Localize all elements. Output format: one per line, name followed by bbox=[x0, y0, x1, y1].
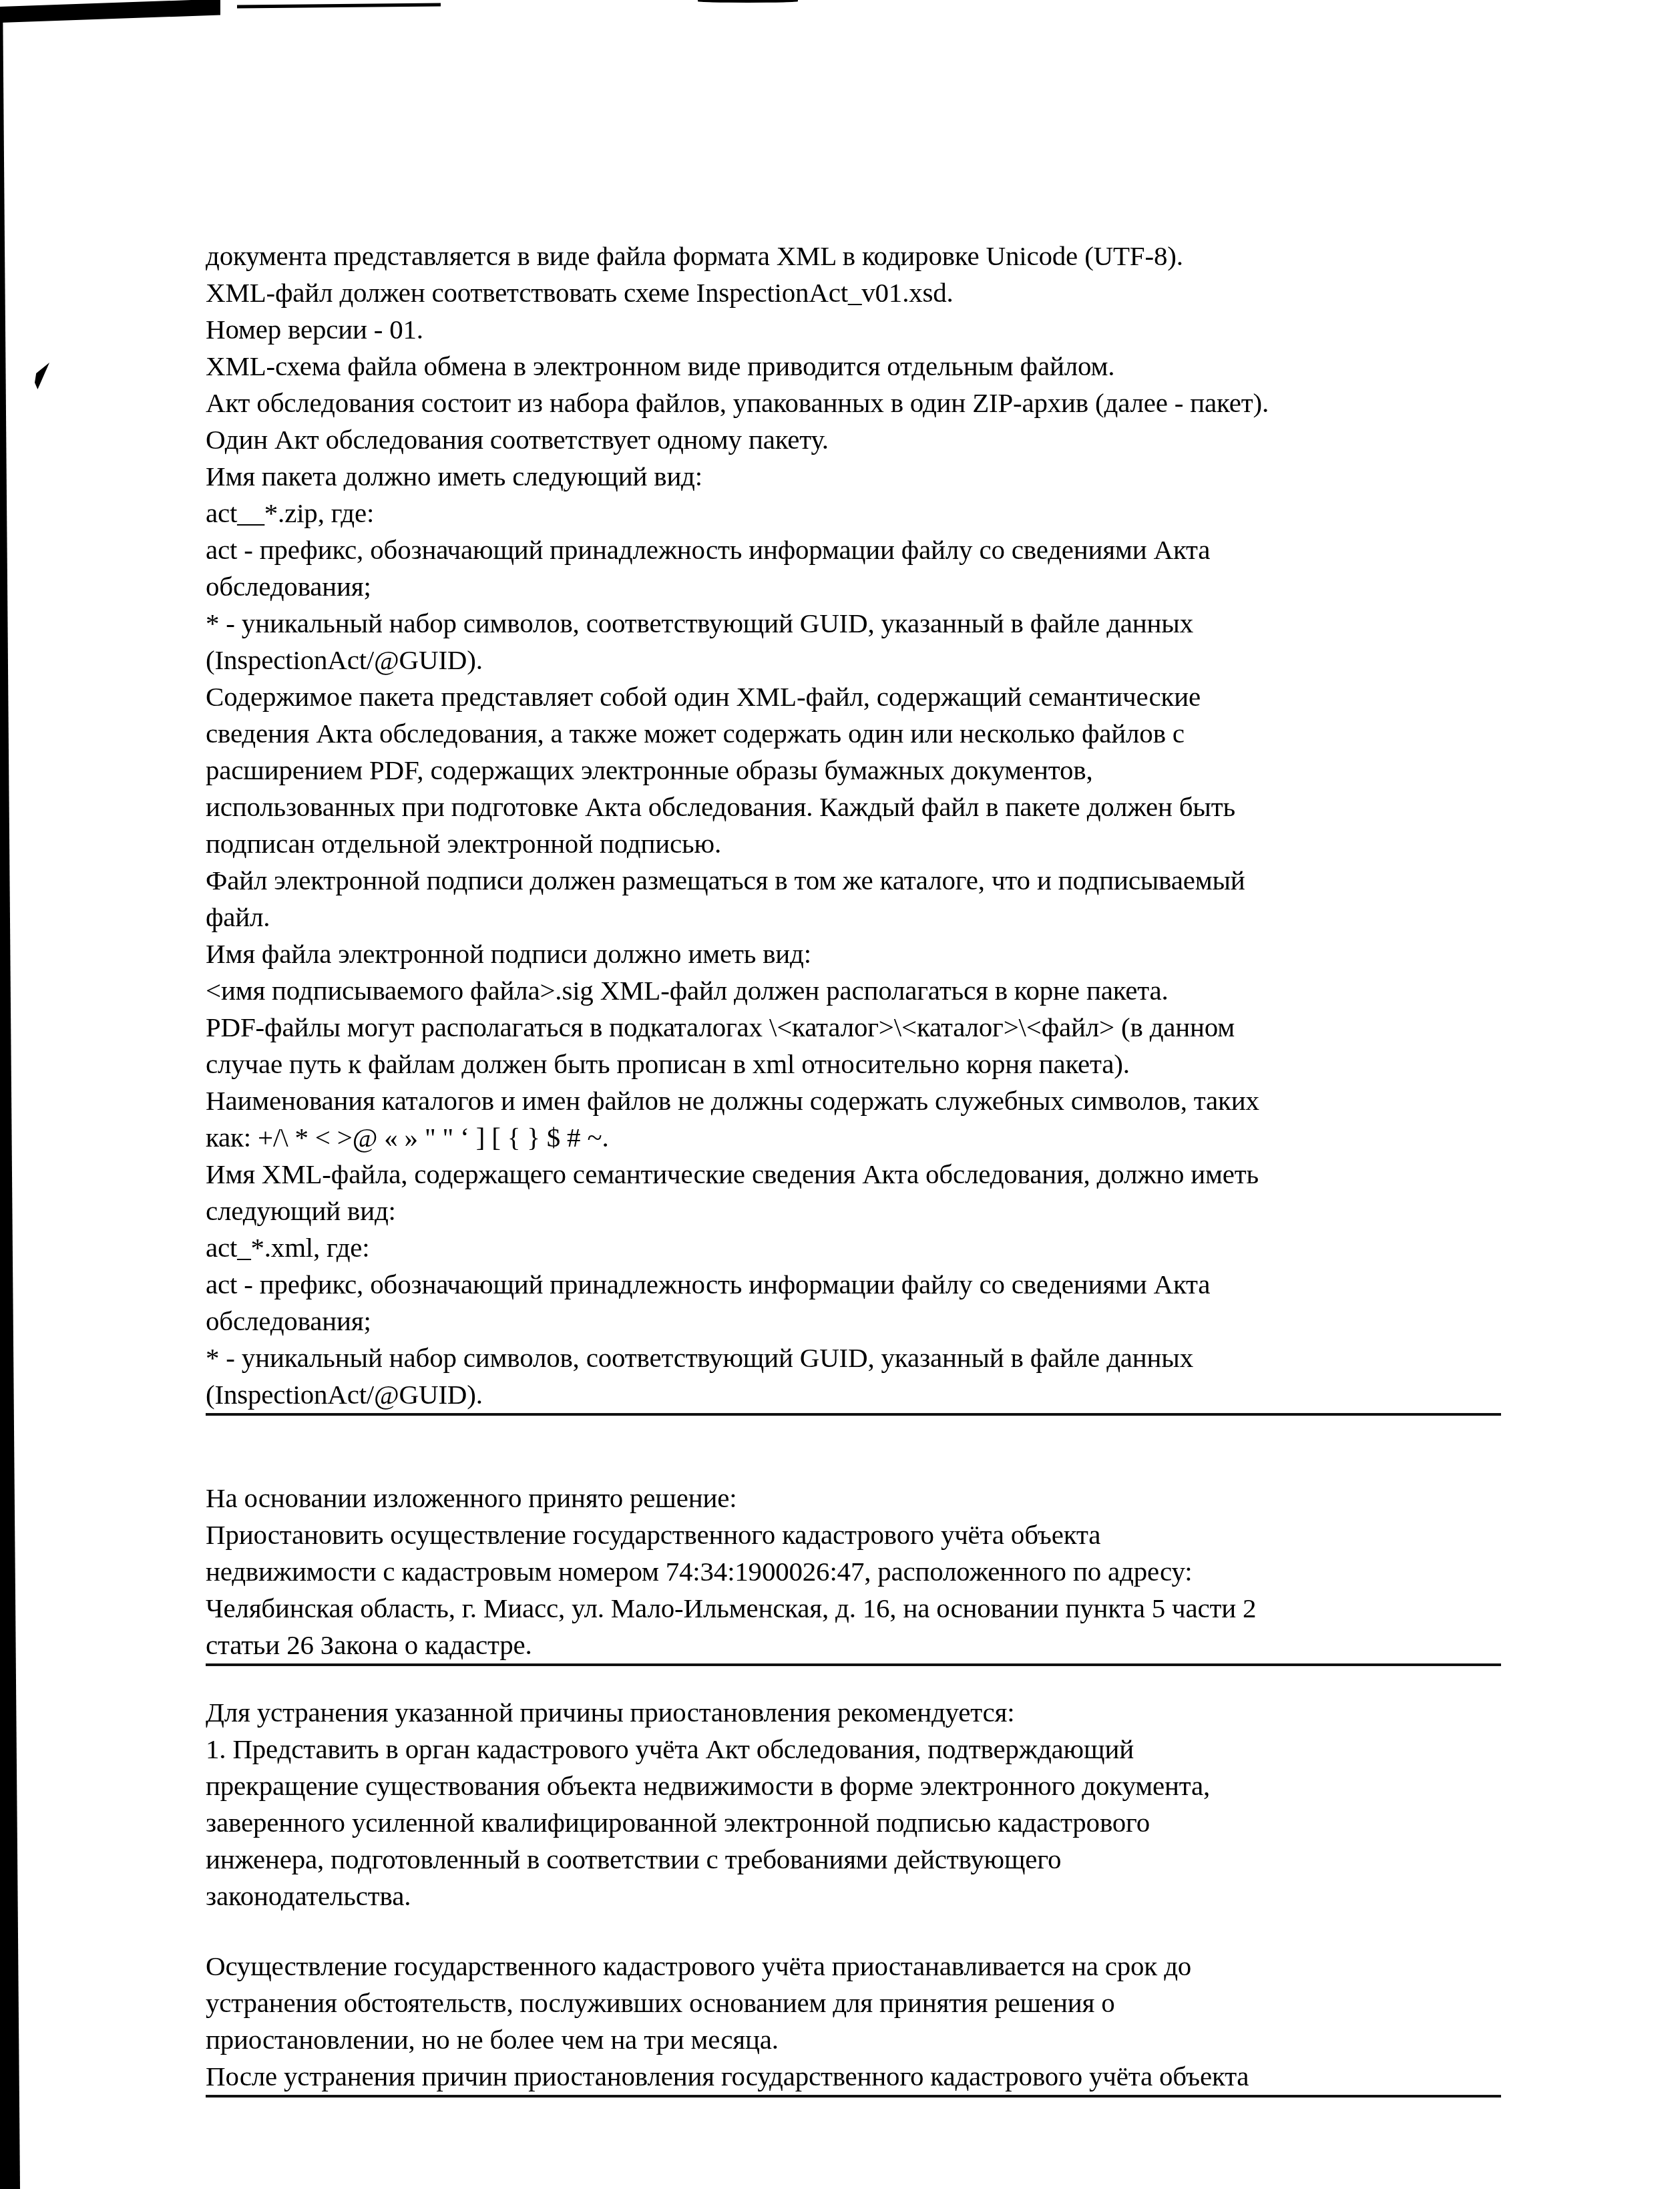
text-line: * - уникальный набор символов, соответст… bbox=[206, 1340, 1504, 1376]
text-line: Имя пакета должно иметь следующий вид: bbox=[206, 458, 1504, 495]
text-line: Содержимое пакета представляет собой оди… bbox=[206, 678, 1504, 715]
section-divider bbox=[206, 1663, 1501, 1666]
text-line: недвижимости с кадастровым номером 74:34… bbox=[206, 1553, 1504, 1590]
text-line: XML-схема файла обмена в электронном вид… bbox=[206, 348, 1504, 385]
text-line: act_*.xml, где: bbox=[206, 1229, 1504, 1266]
text-line: * - уникальный набор символов, соответст… bbox=[206, 605, 1504, 642]
text-line: файл. bbox=[206, 899, 1504, 936]
text-line: устранения обстоятельств, послуживших ос… bbox=[206, 1985, 1504, 2021]
text-line: act - префикс, обозначающий принадлежнос… bbox=[206, 1266, 1504, 1303]
text-line: XML-файл должен соответствовать схеме In… bbox=[206, 274, 1504, 311]
scan-artifact-margin-mark bbox=[35, 363, 49, 389]
text-line: act__*.zip, где: bbox=[206, 495, 1504, 532]
text-line: act - префикс, обозначающий принадлежнос… bbox=[206, 532, 1504, 568]
text-line: обследования; bbox=[206, 1303, 1504, 1340]
text-line: Файл электронной подписи должен размещат… bbox=[206, 862, 1504, 899]
text-line: После устранения причин приостановления … bbox=[206, 2058, 1504, 2095]
section-divider bbox=[206, 2095, 1501, 2098]
text-line: (InspectionAct/@GUID). bbox=[206, 642, 1504, 678]
text-line: Акт обследования состоит из набора файло… bbox=[206, 385, 1504, 421]
text-line: случае путь к файлам должен быть прописа… bbox=[206, 1046, 1504, 1082]
scan-artifact-top-line bbox=[237, 3, 441, 8]
text-line: Один Акт обследования соответствует одно… bbox=[206, 421, 1504, 458]
scan-artifact-top-mark bbox=[698, 0, 798, 3]
text-line: подписан отдельной электронной подписью. bbox=[206, 825, 1504, 862]
text-line: статьи 26 Закона о кадастре. bbox=[206, 1627, 1504, 1663]
text-line: расширением PDF, содержащих электронные … bbox=[206, 752, 1504, 789]
document-page: документа представляется в виде файла фо… bbox=[206, 238, 1504, 2098]
text-line: PDF-файлы могут располагаться в подкатал… bbox=[206, 1009, 1504, 1046]
text-line: Имя файла электронной подписи должно име… bbox=[206, 936, 1504, 972]
text-line: законодательства. bbox=[206, 1878, 1504, 1915]
text-line: Номер версии - 01. bbox=[206, 311, 1504, 348]
text-line: Приостановить осуществление государствен… bbox=[206, 1517, 1504, 1553]
text-line: использованных при подготовке Акта обсле… bbox=[206, 789, 1504, 825]
section-term: Осуществление государственного кадастров… bbox=[206, 1948, 1504, 2095]
text-line: как: +/\ * < >@ « » " " ‘ ] [ { } $ # ~. bbox=[206, 1119, 1504, 1156]
text-line: Имя XML-файла, содержащего семантические… bbox=[206, 1156, 1504, 1193]
text-line: документа представляется в виде файла фо… bbox=[206, 238, 1504, 274]
text-line: заверенного усиленной квалифицированной … bbox=[206, 1804, 1504, 1841]
scan-artifact-top-bar bbox=[0, 0, 220, 23]
text-line: На основании изложенного принято решение… bbox=[206, 1480, 1504, 1517]
text-line: прекращение существования объекта недвиж… bbox=[206, 1768, 1504, 1804]
text-line: 1. Представить в орган кадастрового учёт… bbox=[206, 1731, 1504, 1768]
text-line: Осуществление государственного кадастров… bbox=[206, 1948, 1504, 1985]
text-line: сведения Акта обследования, а также може… bbox=[206, 715, 1504, 752]
text-line: <имя подписываемого файла>.sig XML-файл … bbox=[206, 972, 1504, 1009]
section-divider bbox=[206, 1413, 1501, 1416]
text-line: Челябинская область, г. Миасс, ул. Мало-… bbox=[206, 1590, 1504, 1627]
text-line: Для устранения указанной причины приоста… bbox=[206, 1694, 1504, 1731]
text-line: обследования; bbox=[206, 568, 1504, 605]
section-requirements: документа представляется в виде файла фо… bbox=[206, 238, 1504, 1413]
section-recommendation: Для устранения указанной причины приоста… bbox=[206, 1694, 1504, 1915]
text-line: (InspectionAct/@GUID). bbox=[206, 1376, 1504, 1413]
text-line: инженера, подготовленный в соответствии … bbox=[206, 1841, 1504, 1878]
text-line: Наименования каталогов и имен файлов не … bbox=[206, 1082, 1504, 1119]
text-line: приостановлении, но не более чем на три … bbox=[206, 2021, 1504, 2058]
section-decision: На основании изложенного принято решение… bbox=[206, 1480, 1504, 1663]
text-line: следующий вид: bbox=[206, 1193, 1504, 1229]
scan-artifact-left-edge bbox=[0, 7, 20, 2189]
